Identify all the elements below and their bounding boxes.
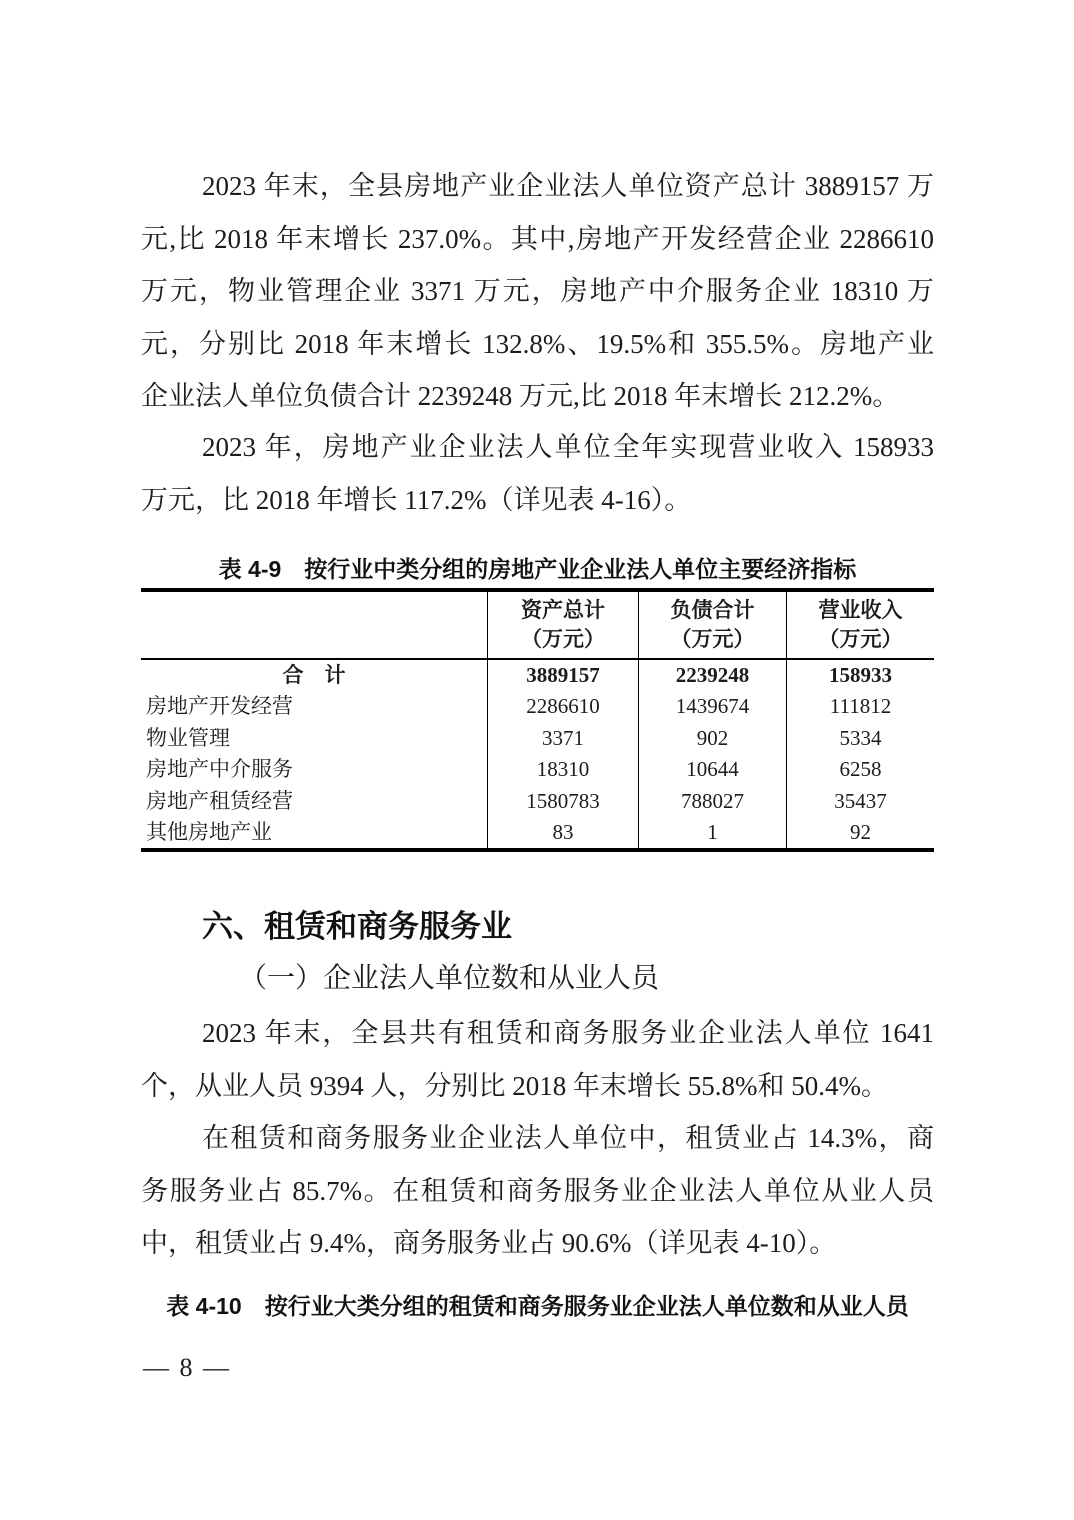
table-4-9-caption: 表 4-9 按行业中类分组的房地产业企业法人单位主要经济指标 <box>141 553 934 585</box>
row-label: 房地产开发经营 <box>141 691 487 722</box>
paragraph-leasing-units: 2023 年末，全县共有租赁和商务服务业企业法人单位 1641 个，从业人员 9… <box>141 1007 934 1112</box>
text-line: 2023 年末，全县共有租赁和商务服务业企业法人单位 1641 <box>141 1007 934 1060</box>
header-title: 负债合计 <box>671 596 755 625</box>
cell-value: 1580783 <box>487 786 638 817</box>
row-label: 物业管理 <box>141 723 487 754</box>
header-unit: （万元） <box>671 625 755 654</box>
table-row: 房地产中介服务 18310 10644 6258 <box>141 754 934 785</box>
cell-value: 18310 <box>487 754 638 785</box>
table-row: 物业管理 3371 902 5334 <box>141 723 934 754</box>
table-row-total: 合 计 3889157 2239248 158933 <box>141 660 934 691</box>
text-line: 万元，物业管理企业 3371 万元，房地产中介服务企业 18310 万 <box>141 265 934 318</box>
text-line: 个，从业人员 9394 人，分别比 2018 年末增长 55.8%和 50.4%… <box>141 1060 934 1113</box>
row-label: 其他房地产业 <box>141 817 487 848</box>
header-unit: （万元） <box>521 625 605 654</box>
section-heading-leasing-business-services: 六、租赁和商务服务业 <box>141 905 934 949</box>
row-label: 房地产租赁经营 <box>141 786 487 817</box>
row-label: 房地产中介服务 <box>141 754 487 785</box>
header-title: 营业收入 <box>819 596 903 625</box>
cell-value: 2286610 <box>487 691 638 722</box>
header-unit: （万元） <box>819 625 903 654</box>
row-label: 合 计 <box>141 660 487 691</box>
paragraph-realestate-revenue: 2023 年，房地产业企业法人单位全年实现营业收入 158933 万元，比 20… <box>141 421 934 526</box>
table-header-revenue: 营业收入 （万元） <box>786 592 934 658</box>
text-line: 务服务业占 85.7%。在租赁和商务服务业企业法人单位从业人员 <box>141 1165 934 1218</box>
cell-value: 788027 <box>638 786 786 817</box>
cell-value: 6258 <box>786 754 934 785</box>
cell-value: 1 <box>638 817 786 848</box>
cell-value: 92 <box>786 817 934 848</box>
text-line: 元，分别比 2018 年末增长 132.8%、19.5%和 355.5%。房地产… <box>141 318 934 371</box>
table-header-assets: 资产总计 （万元） <box>487 592 638 658</box>
cell-value: 3889157 <box>487 660 638 691</box>
text-line: 2023 年末，全县房地产业企业法人单位资产总计 3889157 万 <box>141 160 934 213</box>
cell-value: 10644 <box>638 754 786 785</box>
paragraph-leasing-shares: 在租赁和商务服务业企业法人单位中，租赁业占 14.3%，商 务服务业占 85.7… <box>141 1112 934 1270</box>
cell-value: 1439674 <box>638 691 786 722</box>
table-row: 其他房地产业 83 1 92 <box>141 817 934 848</box>
paragraph-realestate-assets: 2023 年末，全县房地产业企业法人单位资产总计 3889157 万 元,比 2… <box>141 160 934 423</box>
cell-value: 5334 <box>786 723 934 754</box>
table-body: 合 计 3889157 2239248 158933 房地产开发经营 22866… <box>141 660 934 848</box>
cell-value: 3371 <box>487 723 638 754</box>
table-row: 房地产开发经营 2286610 1439674 111812 <box>141 691 934 722</box>
cell-value: 111812 <box>786 691 934 722</box>
text-line: 元,比 2018 年末增长 237.0%。其中,房地产开发经营企业 228661… <box>141 213 934 266</box>
table-4-10-caption: 表 4-10 按行业大类分组的租赁和商务服务业企业法人单位数和从业人员 <box>141 1290 934 1322</box>
document-page: 2023 年末，全县房地产业企业法人单位资产总计 3889157 万 元,比 2… <box>0 0 1074 1520</box>
table-row: 房地产租赁经营 1580783 788027 35437 <box>141 786 934 817</box>
section-subheading-legal-units-employees: （一）企业法人单位数和从业人员 <box>141 957 934 1001</box>
table-header-liabilities: 负债合计 （万元） <box>638 592 786 658</box>
page-number: — 8 — <box>143 1354 231 1382</box>
table-header-empty <box>141 592 487 658</box>
text-line: 在租赁和商务服务业企业法人单位中，租赁业占 14.3%，商 <box>141 1112 934 1165</box>
text-line: 中，租赁业占 9.4%，商务服务业占 90.6%（详见表 4-10）。 <box>141 1217 934 1270</box>
cell-value: 158933 <box>786 660 934 691</box>
cell-value: 83 <box>487 817 638 848</box>
text-line: 万元，比 2018 年增长 117.2%（详见表 4-16）。 <box>141 474 934 527</box>
table-header-row: 资产总计 （万元） 负债合计 （万元） 营业收入 （万元） <box>141 592 934 660</box>
header-title: 资产总计 <box>521 596 605 625</box>
cell-value: 902 <box>638 723 786 754</box>
text-line: 2023 年，房地产业企业法人单位全年实现营业收入 158933 <box>141 421 934 474</box>
table-4-9: 资产总计 （万元） 负债合计 （万元） 营业收入 （万元） 合 计 388915… <box>141 588 934 852</box>
cell-value: 35437 <box>786 786 934 817</box>
text-line: 企业法人单位负债合计 2239248 万元,比 2018 年末增长 212.2%… <box>141 370 934 423</box>
cell-value: 2239248 <box>638 660 786 691</box>
